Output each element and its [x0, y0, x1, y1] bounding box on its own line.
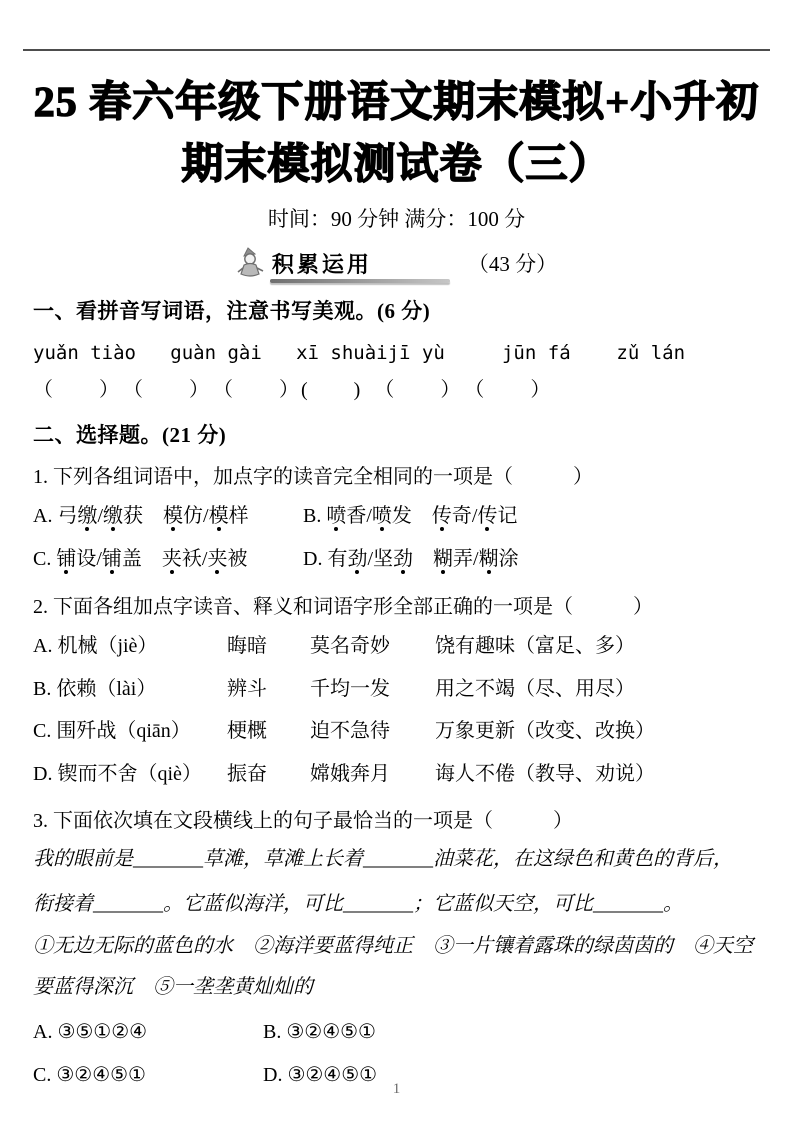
banner-label: 积累运用: [272, 248, 372, 279]
option-a: A. 机械（jiè）: [33, 625, 227, 668]
option-c: C. 铺设/铺盖 夹袄/夹被: [33, 538, 303, 581]
question-3-stem: 3. 下面依次填在文段横线上的句子最恰当的一项是（ ）: [33, 806, 760, 836]
option-b: B. 喷香/喷发 传奇/传记: [303, 495, 760, 538]
question-2-options: A. 机械（jiè） 晦暗 莫名奇妙 饶有趣味（富足、多） B. 依赖（lài）…: [33, 625, 760, 795]
title-line-1: 25 春六年级下册语文期末模拟+小升初: [33, 72, 760, 134]
answer-blanks-row: （ ） （ ） （ ）( ) （ ） （ ）: [33, 375, 760, 405]
section-2-heading: 二、选择题。(21 分): [33, 419, 760, 451]
option-a-word-2: 晦暗: [227, 625, 310, 668]
option-b: B. ③②④⑤①: [263, 1011, 760, 1054]
option-d-word-3: 嫦娥奔月: [310, 753, 435, 796]
question-3-items-line-1: ①无边无际的蓝色的水 ②海洋要蓝得纯正 ③一片镶着露珠的绿茵茵的 ④天空: [33, 926, 760, 967]
question-3-items-line-2: 要蓝得深沉 ⑤一垄垄黄灿灿的: [33, 967, 760, 1008]
exam-meta: 时间：90 分钟 满分：100 分: [33, 205, 760, 233]
section-banner: 积累运用 （43 分）: [33, 245, 760, 281]
question-3-passage-line-1: 我的眼前是_______草滩，草滩上长着_______油菜花，在这绿色和黄色的背…: [33, 838, 760, 881]
page-title: 25 春六年级下册语文期末模拟+小升初 期末模拟测试卷（三）: [33, 72, 760, 196]
question-1-options: A. 弓缴/缴获 模仿/模样 B. 喷香/喷发 传奇/传记 C. 铺设/铺盖 夹…: [33, 495, 760, 581]
header-rule: [23, 49, 770, 51]
pinyin-row: yuǎn tiào guàn gài xī shuàijī yù jūn fá …: [33, 339, 760, 367]
page-content: 25 春六年级下册语文期末模拟+小升初 期末模拟测试卷（三） 时间：90 分钟 …: [0, 0, 793, 1097]
question-3-passage-line-2: 衔接着_______。它蓝似海洋，可比_______；它蓝似天空，可比_____…: [33, 883, 760, 926]
title-line-2: 期末模拟测试卷（三）: [33, 134, 760, 196]
option-b: B. 依赖（lài）: [33, 668, 227, 711]
question-2-stem: 2. 下面各组加点字读音、释义和词语字形全部正确的一项是（ ）: [33, 592, 760, 622]
option-c: C. 围歼战（qiān）: [33, 710, 227, 753]
option-a: A. 弓缴/缴获 模仿/模样: [33, 495, 303, 538]
option-c-word-2: 梗概: [227, 710, 310, 753]
option-c-word-3: 迫不急待: [310, 710, 435, 753]
section-1-heading: 一、看拼音写词语，注意书写美观。(6 分): [33, 295, 760, 327]
question-1-stem: 1. 下列各组词语中，加点字的读音完全相同的一项是（ ）: [33, 462, 760, 492]
exam-page: 25 春六年级下册语文期末模拟+小升初 期末模拟测试卷（三） 时间：90 分钟 …: [0, 0, 793, 1122]
banner-score: （43 分）: [468, 248, 557, 278]
option-a-word-3: 莫名奇妙: [310, 625, 435, 668]
option-d: D. 有劲/坚劲 糊弄/糊涂: [303, 538, 760, 581]
option-b-word-4: 用之不竭（尽、用尽）: [435, 668, 760, 711]
option-d-word-2: 振奋: [227, 753, 310, 796]
option-b-word-2: 辨斗: [227, 668, 310, 711]
mascot-icon: [236, 247, 266, 279]
option-a: A. ③⑤①②④: [33, 1011, 263, 1054]
option-b-word-3: 千均一发: [310, 668, 435, 711]
option-a-word-4: 饶有趣味（富足、多）: [435, 625, 760, 668]
option-d-word-4: 诲人不倦（教导、劝说）: [435, 753, 760, 796]
page-number: 1: [0, 1081, 793, 1098]
option-c-word-4: 万象更新（改变、改换）: [435, 710, 760, 753]
option-d: D. 锲而不舍（qiè）: [33, 753, 227, 796]
